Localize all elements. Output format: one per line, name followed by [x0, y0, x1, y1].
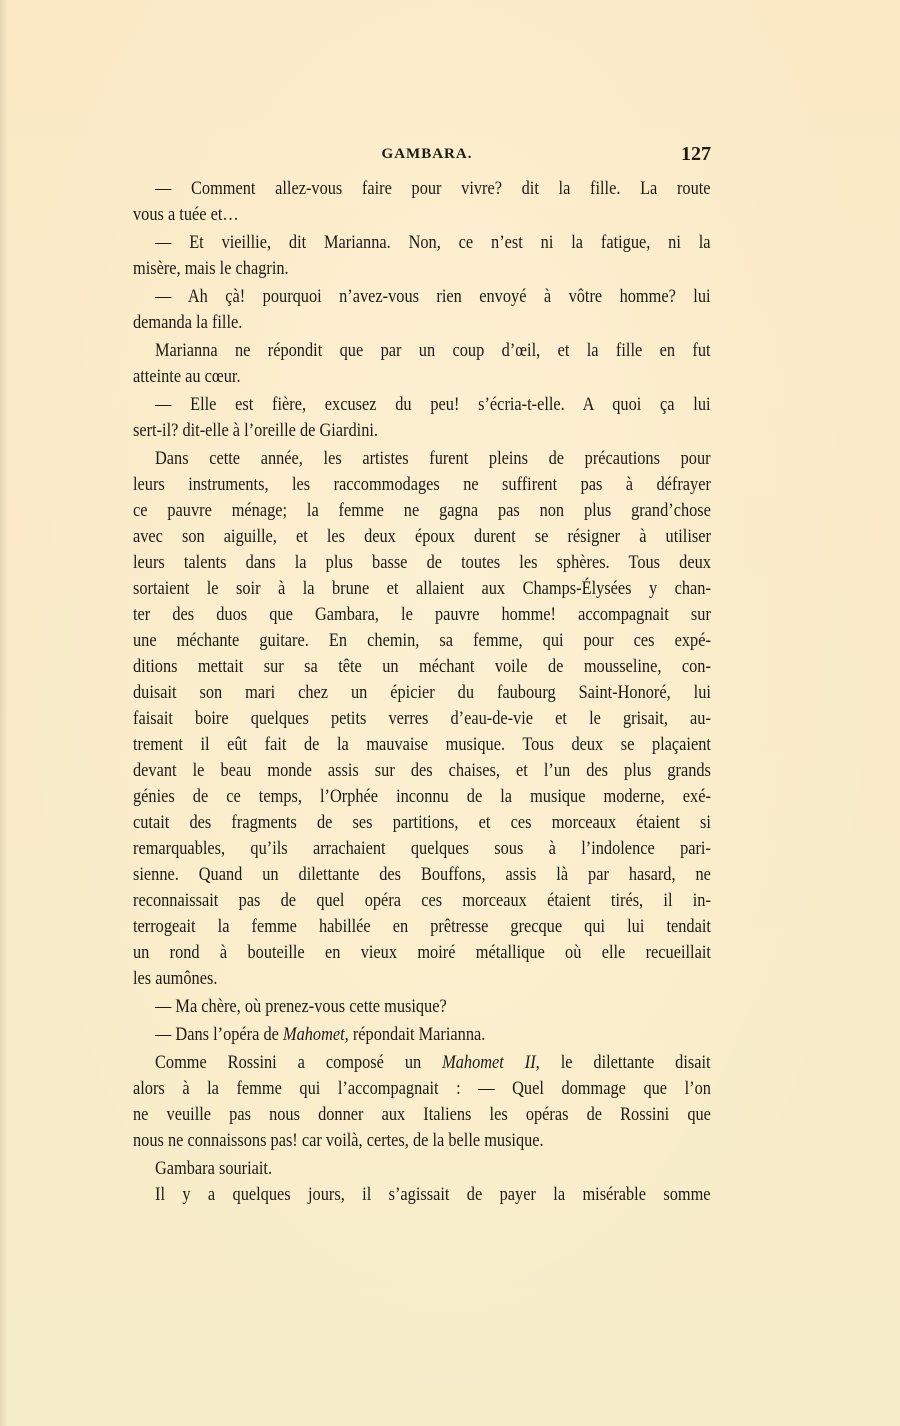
- page-number: 127: [681, 143, 711, 166]
- text-line: terrogeait la femme habillée en prêtress…: [133, 914, 711, 940]
- text-line: Marianna ne répondit que par un coup d’œ…: [155, 338, 711, 364]
- text-line: sert-il? dit-elle à l’oreille de Giardin…: [133, 418, 711, 444]
- book-page: GAMBARA. 127 — Comment allez-vous faire …: [0, 0, 900, 1426]
- text-line: duisait son mari chez un épicier du faub…: [133, 680, 711, 706]
- text-line: remarquables, qu’ils arrachaient quelque…: [133, 836, 711, 862]
- text-line: ter des duos que Gambara, le pauvre homm…: [133, 602, 711, 628]
- page-header: GAMBARA. 127: [133, 146, 711, 170]
- text-line: ne veuille pas nous donner aux Italiens …: [133, 1102, 711, 1128]
- text-line: demanda la fille.: [133, 310, 711, 336]
- text-line: — Ah çà! pourquoi n’avez-vous rien envoy…: [155, 284, 711, 310]
- text-line: alors à la femme qui l’accompagnait : — …: [133, 1076, 711, 1102]
- text-line: génies de ce temps, l’Orphée inconnu de …: [133, 784, 711, 810]
- text-line: faisait boire quelques petits verres d’e…: [133, 706, 711, 732]
- text-line: sienne. Quand un dilettante des Bouffons…: [133, 862, 711, 888]
- text-line: reconnaissait pas de quel opéra ces morc…: [133, 888, 711, 914]
- text-line: vous a tuée et…: [133, 202, 711, 228]
- text-line: — Dans l’opéra de Mahomet, répondait Mar…: [155, 1022, 711, 1048]
- text-line: avec son aiguille, et les deux époux dur…: [133, 524, 711, 550]
- text-line: — Elle est fière, excusez du peu! s’écri…: [155, 392, 711, 418]
- text-line: Dans cette année, les artistes furent pl…: [155, 446, 711, 472]
- italic-title: Mahomet,: [283, 1024, 349, 1045]
- text-line: Gambara souriait.: [155, 1156, 711, 1182]
- text-line: sortaient le soir à la brune et allaient…: [133, 576, 711, 602]
- line-segment: Comme Rossini a composé un: [155, 1052, 442, 1073]
- text-line: — Ma chère, où prenez-vous cette musique…: [155, 994, 711, 1020]
- line-segment: le dilettante disait: [540, 1052, 711, 1073]
- text-line: atteinte au cœur.: [133, 364, 711, 390]
- line-segment: répondait Marianna.: [349, 1024, 486, 1045]
- text-line: une méchante guitare. En chemin, sa femm…: [133, 628, 711, 654]
- text-line: leurs talents dans la plus basse de tout…: [133, 550, 711, 576]
- text-line: devant le beau monde assis sur des chais…: [133, 758, 711, 784]
- text-line: misère, mais le chagrin.: [133, 256, 711, 282]
- text-line: ditions mettait sur sa tête un méchant v…: [133, 654, 711, 680]
- text-line: les aumônes.: [133, 966, 711, 992]
- line-segment: — Dans l’opéra de: [155, 1024, 283, 1045]
- text-line: trement il eût fait de la mauvaise musiq…: [133, 732, 711, 758]
- text-line: leurs instruments, les raccommodages ne …: [133, 472, 711, 498]
- text-line: — Comment allez-vous faire pour vivre? d…: [155, 176, 711, 202]
- text-line: Comme Rossini a composé un Mahomet II, l…: [155, 1050, 711, 1076]
- text-line: — Et vieillie, dit Marianna. Non, ce n’e…: [155, 230, 711, 256]
- text-line: cutait des fragments de ses partitions, …: [133, 810, 711, 836]
- running-title: GAMBARA.: [133, 146, 711, 163]
- italic-title: Mahomet II,: [442, 1052, 540, 1073]
- text-line: Il y a quelques jours, il s’agissait de …: [155, 1182, 711, 1208]
- text-line: nous ne connaissons pas! car voilà, cert…: [133, 1128, 711, 1154]
- text-line: un rond à bouteille en vieux moiré métal…: [133, 940, 711, 966]
- text-line: ce pauvre ménage; la femme ne gagna pas …: [133, 498, 711, 524]
